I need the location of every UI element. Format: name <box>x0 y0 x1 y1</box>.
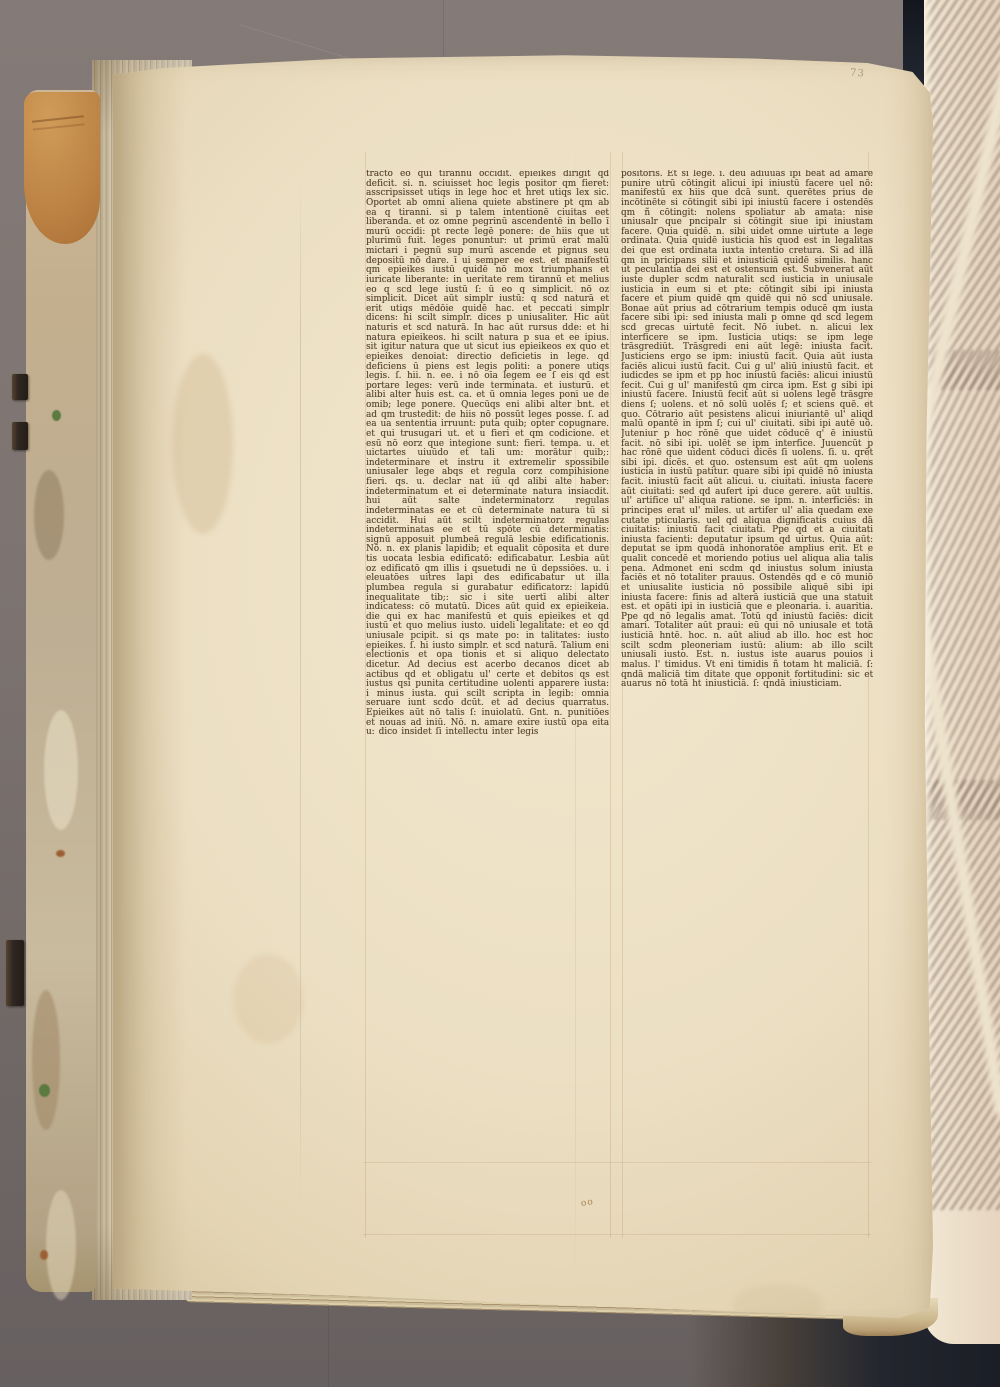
rust-spot <box>56 850 65 857</box>
facing-page-blurred <box>924 0 1000 1344</box>
metal-clasp <box>12 374 28 400</box>
facing-page-text-blur <box>924 350 1000 820</box>
parchment-stain <box>173 354 233 534</box>
text-column-right: positoris. Et si legē. i. deū adiuuās ip… <box>621 170 873 1022</box>
metal-clasp <box>6 940 24 1006</box>
spine-blotch <box>46 1190 76 1300</box>
binding-spine <box>26 90 96 1292</box>
green-stain <box>52 410 61 421</box>
facing-page-text-blur <box>924 0 1000 390</box>
rust-spot <box>40 1250 48 1260</box>
text-column-left: tracto eo qui tirannū occidit. epieikes … <box>366 170 609 1022</box>
metal-clasp <box>12 422 28 450</box>
ruling-line-horizontal <box>363 1162 871 1163</box>
leather-corner <box>24 92 100 244</box>
spine-blotch <box>32 990 60 1130</box>
parchment-crease <box>300 174 301 1214</box>
folio-number: 73 <box>850 67 865 79</box>
green-stain <box>39 1084 50 1097</box>
parchment-stain <box>233 954 303 1044</box>
manuscript-photograph: 73 tracto eo qui tirannū occidit. epieik… <box>0 0 1000 1387</box>
ruling-line-horizontal <box>363 1234 871 1235</box>
margin-doodle: oo <box>580 1197 594 1209</box>
spine-blotch <box>44 710 78 830</box>
ruling-line-vertical <box>610 152 611 1238</box>
manuscript-page: 73 tracto eo qui tirannū occidit. epieik… <box>113 54 933 1336</box>
spine-blotch <box>34 470 64 560</box>
